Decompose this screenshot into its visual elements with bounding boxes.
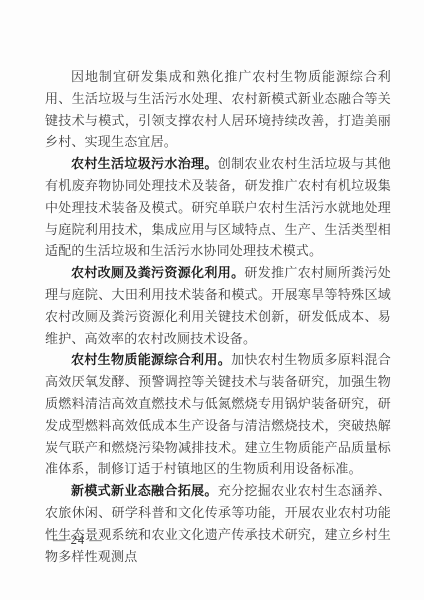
paragraph: 农村生活垃圾污水治理。创制农业农村生活垃圾与其他有机废弃物协同处理技术及装备，研… [45,153,391,262]
paragraph-heading: 新模式新业态融合拓展。 [71,483,218,498]
document-page: 因地制宜研发集成和熟化推广农村生物质能源综合利用、生活垃圾与生活污水处理、农村新… [0,0,424,600]
document-text: 因地制宜研发集成和熟化推广农村生物质能源综合利用、生活垃圾与生活污水处理、农村新… [45,66,391,567]
paragraph-body: 加快农村生物质多原料混合高效厌氧发酵、预警调控等关键技术与装备研究，加强生物质燃… [45,352,391,476]
paragraph: 农村生物质能源综合利用。加快农村生物质多原料混合高效厌氧发酵、预警调控等关键技术… [45,349,391,480]
paragraph-heading: 农村生活垃圾污水治理。 [71,156,218,171]
paragraph: 因地制宜研发集成和熟化推广农村生物质能源综合利用、生活垃圾与生活污水处理、农村新… [45,66,391,153]
paragraph-heading: 农村改厕及粪污资源化利用。 [71,265,244,280]
paragraph: 农村改厕及粪污资源化利用。研发推广农村厕所粪污处理与庭院、大田利用技术装备和模式… [45,262,391,349]
paragraph: 新模式新业态融合拓展。充分挖掘农业农村生态涵养、农旅休闲、研学科普和文化传承等功… [45,480,391,567]
paragraph-heading: 农村生物质能源综合利用。 [71,352,231,367]
paragraph-body: 因地制宜研发集成和熟化推广农村生物质能源综合利用、生活垃圾与生活污水处理、农村新… [45,69,391,149]
page-number: — 24 — [53,533,103,548]
paragraph-body: 创制农业农村生活垃圾与其他有机废弃物协同处理技术及装备，研发推广农村有机垃圾集中… [45,156,391,258]
